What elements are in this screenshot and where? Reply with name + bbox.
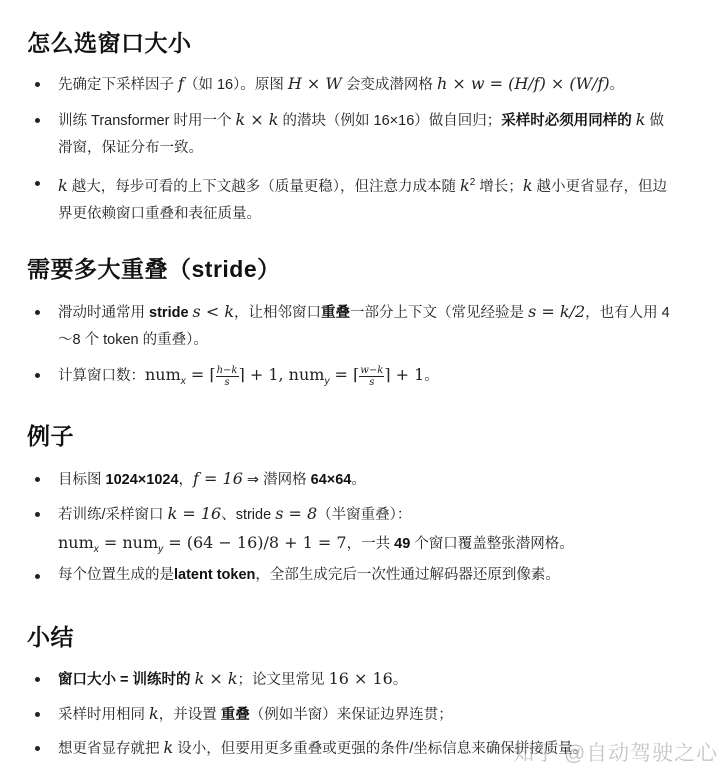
section-heading-summary: 小结 [27, 622, 74, 652]
list-item: 计算窗口数：numx = ⌈h−ks⌉ + 1, numy = ⌈w−ks⌉ +… [58, 361, 706, 395]
section-heading-window-size: 怎么选窗口大小 [27, 28, 192, 58]
math-hxw: H × W [288, 74, 342, 93]
document: 怎么选窗口大小 先确定下采样因子 f（如 16）。原图 H × W 会变成潜网格… [0, 0, 720, 784]
math-kxk: k × k [236, 110, 279, 129]
list-item: k 越大，每步可看的上下文越多（质量更稳），但注意力成本随 k2 增长；k 越小… [58, 169, 706, 228]
emphasis-text: 采样时必须用同样的 [501, 113, 636, 129]
list-item: 每个位置生成的是latent token，全部生成完后一次性通过解码器还原到像素… [58, 562, 706, 589]
list-item: 采样时用相同 k，并设置 重叠（例如半窗）来保证边界连贯； [58, 700, 706, 729]
list-item: 滑动时通常用 stride s < k，让相邻窗口重叠一部分上下文（常见经验是 … [58, 298, 706, 354]
math-latent-grid: h × w = (H/f) × (W/f) [437, 74, 610, 93]
list-item: 窗口大小 = 训练时的 k × k；论文里常见 16 × 16。 [58, 665, 706, 694]
fraction: w−ks [359, 365, 384, 388]
section-heading-example: 例子 [27, 421, 74, 451]
watermark: 知乎 @自动驾驶之心 [513, 737, 718, 767]
list-item: 目标图 1024×1024，f = 16 ⇒ 潜网格 64×64。 [58, 465, 706, 494]
list-item: 先确定下采样因子 f（如 16）。原图 H × W 会变成潜网格 h × w =… [58, 70, 706, 99]
list-item: 训练 Transformer 时用一个 k × k 的潜块（例如 16×16）做… [58, 106, 706, 162]
list-item: 若训练/采样窗口 k = 16、stride s = 8（半窗重叠）： numx… [58, 500, 706, 563]
fraction: h−ks [216, 365, 239, 388]
section-heading-overlap: 需要多大重叠（stride） [27, 254, 281, 284]
